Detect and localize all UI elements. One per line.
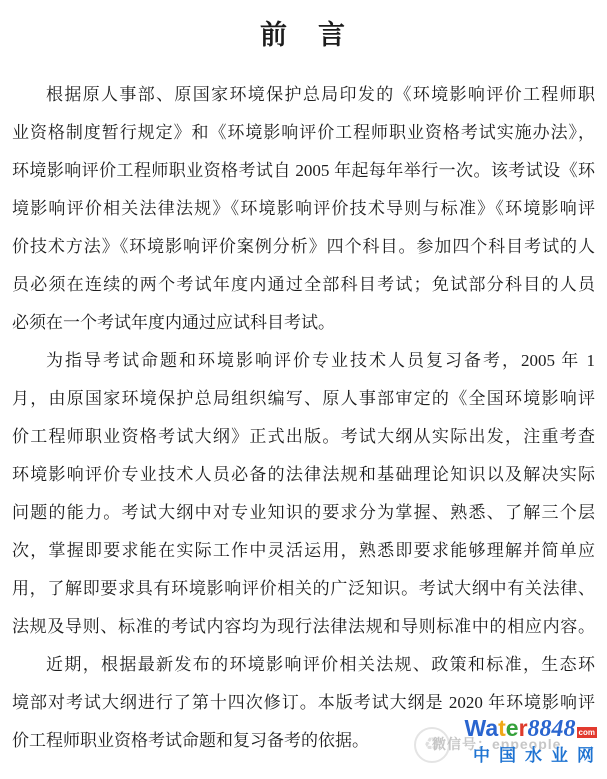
paragraph: 根据原人事部、原国家环境保护总局印发的《环境影响评价工程师职业资格制度暂行规定》… — [12, 76, 595, 342]
text-line: 业资格制度暂行规定》和《环境影响评价工程师职业资格考试实施办法》， — [12, 114, 595, 152]
brand-letter: r — [519, 715, 528, 741]
text-line: 月，由原国家环境保护总局组织编写、原人事部审定的《全国环境影响评 — [12, 380, 595, 418]
text-line: 近期，根据最新发布的环境影响评价相关法规、政策和标准，生态环 — [12, 646, 595, 684]
text-line: 次，掌握即要求能在实际工作中灵活运用，熟悉即要求能够理解并简单应 — [12, 532, 595, 570]
paragraph: 为指导考试命题和环境影响评价专业技术人员复习备考，2005 年 1月，由原国家环… — [12, 342, 595, 646]
document-page: 前 言 根据原人事部、原国家环境保护总局印发的《环境影响评价工程师职业资格制度暂… — [0, 0, 607, 779]
text-line: 用，了解即要求具有环境影响评价相关的广泛知识。考试大纲中有关法律、 — [12, 570, 595, 608]
watermark-site-name: 中国水业网 — [473, 741, 603, 766]
brand-letter: W — [464, 715, 485, 741]
brand-letter: t — [498, 715, 506, 741]
brand-letter: a — [485, 715, 498, 741]
text-line: 境影响评价相关法律法规》《环境影响评价技术导则与标准》《环境影响评 — [12, 190, 595, 228]
watermark: ♻ 微信号：eppeople Water8848com 中国水业网 — [408, 717, 603, 775]
text-line: 法规及导则、标准的考试内容均为现行法律法规和导则标准中的相应内容。 — [12, 608, 595, 646]
text-line: 价技术方法》《环境影响评价案例分析》四个科目。参加四个科目考试的人 — [12, 228, 595, 266]
watermark-brand-tld: com — [577, 727, 597, 738]
text-line: 环境影响评价专业技术人员必备的法律法规和基础理论知识以及解决实际 — [12, 456, 595, 494]
document-body: 根据原人事部、原国家环境保护总局印发的《环境影响评价工程师职业资格制度暂行规定》… — [12, 76, 595, 760]
watermark-brand-word: Water — [464, 715, 527, 741]
text-line: 根据原人事部、原国家环境保护总局印发的《环境影响评价工程师职 — [12, 76, 595, 114]
text-line: 员必须在连续的两个考试年度内通过全部科目考试；免试部分科目的人员 — [12, 266, 595, 304]
watermark-brand-number: 8848 — [528, 716, 576, 742]
text-line: 环境影响评价工程师职业资格考试自 2005 年起每年举行一次。该考试设《环 — [12, 152, 595, 190]
text-line: 必须在一个考试年度内通过应试科目考试。 — [12, 304, 595, 342]
text-line: 为指导考试命题和环境影响评价专业技术人员复习备考，2005 年 1 — [12, 342, 595, 380]
watermark-brand: Water8848com — [464, 715, 597, 743]
brand-letter: e — [506, 715, 519, 741]
text-line: 价工程师职业资格考试大纲》正式出版。考试大纲从实际出发，注重考查 — [12, 418, 595, 456]
text-line: 问题的能力。考试大纲中对专业知识的要求分为掌握、熟悉、了解三个层 — [12, 494, 595, 532]
page-title: 前 言 — [0, 18, 607, 52]
